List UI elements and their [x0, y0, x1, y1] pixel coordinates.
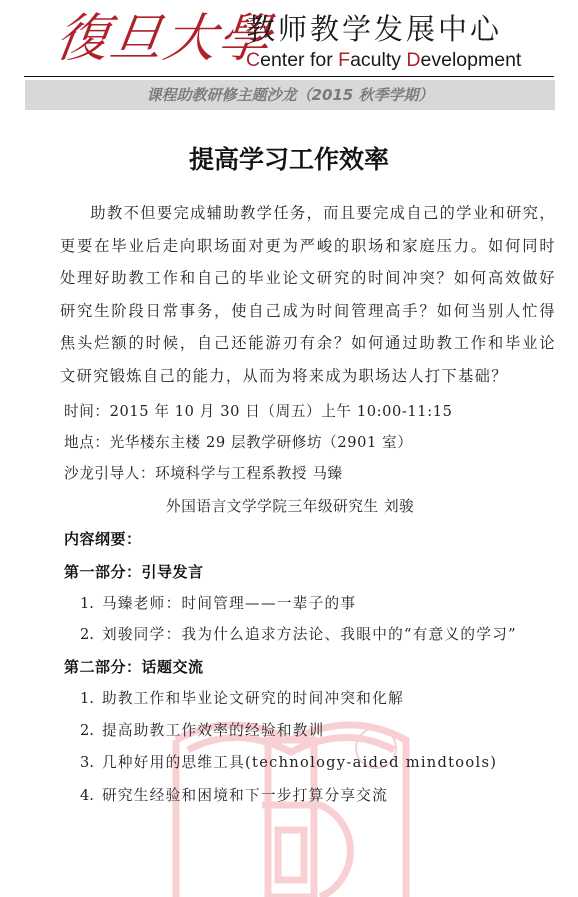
item-text: 助教工作和毕业论文研究的时间冲突和化解: [102, 690, 404, 707]
list-item: 2.提高助教工作效率的经验和教训: [80, 720, 325, 742]
series-banner: 课程助教研修主题沙龙（2015 秋季学期）: [25, 80, 555, 110]
word-enter: enter for: [260, 49, 338, 71]
document-title: 提高学习工作效率: [0, 143, 578, 177]
event-hosts-second: 外国语言文学学院三年级研究生 刘骏: [166, 496, 414, 518]
item-number: 1.: [80, 593, 102, 615]
fudan-university-logo: 復旦大學: [51, 4, 277, 74]
part1-heading: 第一部分：引导发言: [64, 561, 204, 583]
item-text: 刘骏同学：我为什么追求方法论、我眼中的“有意义的学习”: [102, 626, 517, 643]
list-item: 3.几种好用的思维工具(technology-aided mindtools): [80, 752, 497, 774]
initial-d: D: [406, 49, 420, 71]
event-time: 时间：2015 年 10 月 30 日（周五）上午 10:00-11:15: [64, 401, 452, 423]
list-item: 1.马臻老师：时间管理——一辈子的事: [80, 593, 356, 615]
part2-heading: 第二部分：话题交流: [64, 656, 204, 678]
letterhead: 復旦大學 教师教学发展中心 Center for Faculty Develop…: [0, 0, 578, 80]
intro-paragraph: 助教不但要完成辅助教学任务，而且要完成自己的学业和研究，更要在毕业后走向职场面对…: [60, 197, 556, 393]
item-number: 4.: [80, 785, 102, 807]
outline-label: 内容纲要：: [64, 528, 142, 550]
word-evelopment: evelopment: [421, 49, 522, 71]
item-number: 2.: [80, 720, 102, 742]
center-name-cn: 教师教学发展中心: [246, 12, 502, 46]
list-item: 1.助教工作和毕业论文研究的时间冲突和化解: [80, 688, 404, 710]
initial-c: C: [246, 49, 260, 71]
list-item: 2.刘骏同学：我为什么追求方法论、我眼中的“有意义的学习”: [80, 624, 517, 646]
list-item: 4.研究生经验和困境和下一步打算分享交流: [80, 785, 388, 807]
item-text: 研究生经验和困境和下一步打算分享交流: [102, 787, 388, 804]
initial-f: F: [338, 49, 350, 71]
item-text: 几种好用的思维工具(technology-aided mindtools): [102, 754, 497, 771]
item-number: 3.: [80, 752, 102, 774]
word-aculty: aculty: [350, 49, 406, 71]
event-location: 地点：光华楼东主楼 29 层教学研修坊（2901 室）: [64, 432, 413, 454]
item-number: 2.: [80, 624, 102, 646]
header-divider: [24, 76, 554, 77]
item-number: 1.: [80, 688, 102, 710]
item-text: 提高助教工作效率的经验和教训: [102, 722, 325, 739]
center-name-en: Center for Faculty Development: [246, 48, 521, 72]
item-text: 马臻老师：时间管理——一辈子的事: [102, 595, 356, 612]
event-hosts: 沙龙引导人：环境科学与工程系教授 马臻: [64, 463, 343, 485]
